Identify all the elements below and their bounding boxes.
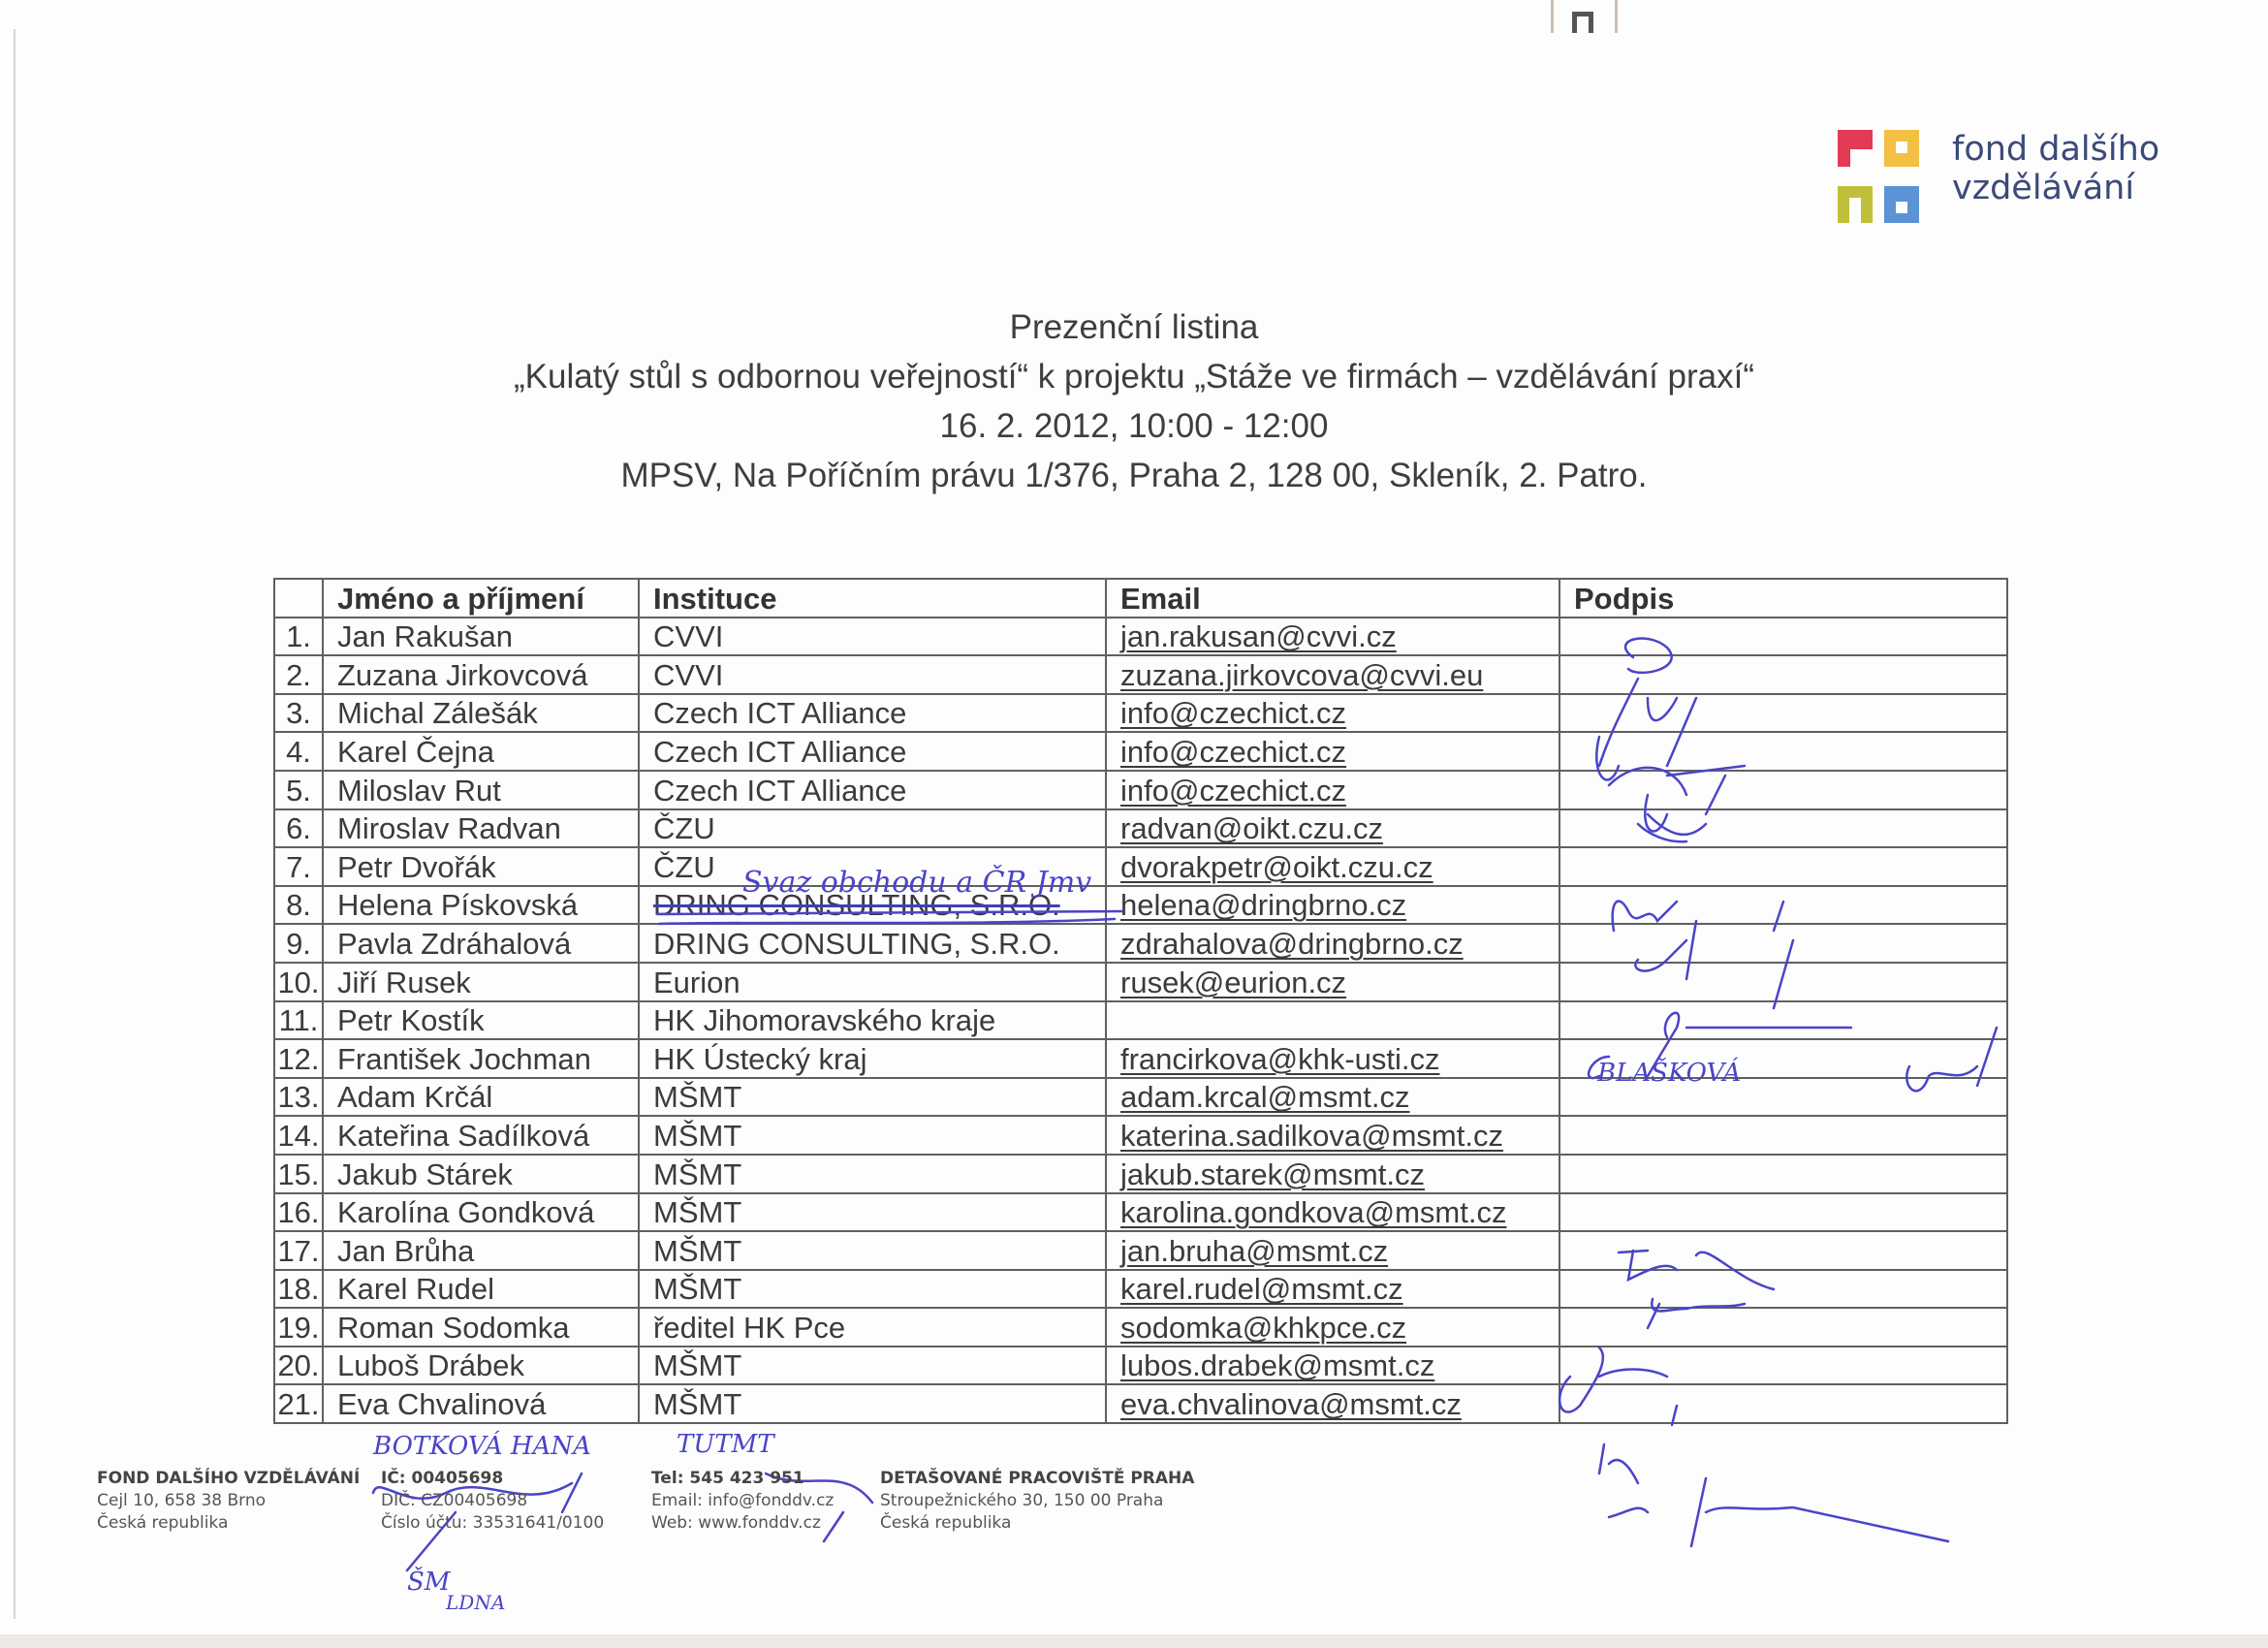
attendee-name: Jan Rakušan — [323, 618, 639, 656]
footer-contact: Tel: 545 423 951 Email: info@fonddv.cz W… — [651, 1468, 834, 1535]
signature-cell — [1559, 1384, 2007, 1423]
attendee-name: Adam Krčál — [323, 1078, 639, 1117]
footer-branch-name: DETAŠOVANÉ PRACOVIŠTĚ PRAHA — [880, 1468, 1194, 1490]
row-number: 17. — [274, 1231, 323, 1270]
row-number: 6. — [274, 809, 323, 848]
attendee-email: helena@dringbrno.cz — [1106, 886, 1559, 925]
email-link[interactable]: jakub.starek@msmt.cz — [1120, 1157, 1425, 1191]
attendee-name: Jiří Rusek — [323, 963, 639, 1001]
row-number-text: 19. — [277, 1311, 319, 1345]
footer-org-name: FOND DALŠÍHO VZDĚLÁVÁNÍ — [97, 1468, 360, 1490]
table-row: 12.František JochmanHK Ústecký krajfranc… — [274, 1039, 2007, 1078]
footer-web: Web: www.fonddv.cz — [651, 1512, 834, 1535]
row-number-text: 2. — [286, 658, 311, 692]
row-number: 10. — [274, 963, 323, 1001]
attendee-name: Kateřina Sadílková — [323, 1116, 639, 1155]
email-link[interactable]: helena@dringbrno.cz — [1120, 888, 1406, 922]
attendee-name: Luboš Drábek — [323, 1347, 639, 1385]
footer-branch-address: Stroupežnického 30, 150 00 Praha — [880, 1490, 1194, 1512]
email-link[interactable]: jan.bruha@msmt.cz — [1120, 1234, 1388, 1268]
attendee-email: zuzana.jirkovcova@cvvi.eu — [1106, 655, 1559, 694]
attendee-name-text: Luboš Drábek — [337, 1348, 524, 1382]
signature-cell — [1559, 694, 2007, 733]
attendee-institution: HK Jihomoravského kraje — [639, 1001, 1106, 1040]
table-row: 5.Miloslav RutCzech ICT Allianceinfo@cze… — [274, 771, 2007, 809]
attendee-institution: ředitel HK Pce — [639, 1308, 1106, 1347]
table-row: 1.Jan RakušanCVVIjan.rakusan@cvvi.cz — [274, 618, 2007, 656]
handwritten-note: LDNA — [445, 1591, 505, 1614]
event-datetime: 16. 2. 2012, 10:00 - 12:00 — [0, 401, 2268, 451]
attendee-email: jan.bruha@msmt.cz — [1106, 1231, 1559, 1270]
signature-cell — [1559, 1039, 2007, 1078]
email-link[interactable]: francirkova@khk-usti.cz — [1120, 1042, 1440, 1076]
attendee-email: karolina.gondkova@msmt.cz — [1106, 1193, 1559, 1232]
signature-cell — [1559, 886, 2007, 925]
signature-cell — [1559, 1078, 2007, 1117]
attendee-name: Miroslav Radvan — [323, 809, 639, 848]
attendee-name-text: Jan Brůha — [337, 1234, 474, 1268]
row-number-text: 17. — [277, 1234, 319, 1268]
attendee-email: info@czechict.cz — [1106, 771, 1559, 809]
table-row: 19.Roman Sodomkaředitel HK Pcesodomka@kh… — [274, 1308, 2007, 1347]
email-link[interactable]: sodomka@khkpce.cz — [1120, 1311, 1406, 1345]
attendee-institution-text: MŠMT — [653, 1387, 741, 1421]
attendee-name-text: Zuzana Jirkovcová — [337, 658, 587, 692]
row-number: 16. — [274, 1193, 323, 1232]
email-link[interactable]: info@czechict.cz — [1120, 774, 1346, 808]
row-number-text: 3. — [286, 696, 311, 730]
row-number: 8. — [274, 886, 323, 925]
attendee-name: Petr Kostík — [323, 1001, 639, 1040]
attendee-institution-text: MŠMT — [653, 1348, 741, 1382]
row-number: 13. — [274, 1078, 323, 1117]
attendee-institution-text: MŠMT — [653, 1195, 741, 1229]
row-number-text: 14. — [277, 1119, 319, 1153]
attendee-email: katerina.sadilkova@msmt.cz — [1106, 1116, 1559, 1155]
attendee-email: lubos.drabek@msmt.cz — [1106, 1347, 1559, 1385]
attendee-name: Jakub Stárek — [323, 1155, 639, 1193]
attendee-name: Zuzana Jirkovcová — [323, 655, 639, 694]
attendee-name-text: Jan Rakušan — [337, 619, 513, 653]
signature-cell — [1559, 1231, 2007, 1270]
attendee-email: adam.krcal@msmt.cz — [1106, 1078, 1559, 1117]
attendee-institution: MŠMT — [639, 1347, 1106, 1385]
row-number: 4. — [274, 732, 323, 771]
attendee-email: dvorakpetr@oikt.czu.cz — [1106, 847, 1559, 886]
row-number-text: 11. — [279, 1003, 319, 1037]
signature-cell — [1559, 655, 2007, 694]
attendee-institution-text: CVVI — [653, 619, 723, 653]
logo-line-1: fond dalšího — [1952, 130, 2159, 169]
col-header-signature: Podpis — [1559, 579, 2007, 618]
signature-cell — [1559, 1270, 2007, 1309]
attendee-name: Petr Dvořák — [323, 847, 639, 886]
signature-cell — [1559, 847, 2007, 886]
table-row: 10.Jiří RusekEurionrusek@eurion.cz — [274, 963, 2007, 1001]
attendee-institution: MŠMT — [639, 1155, 1106, 1193]
attendee-institution: HK Ústecký kraj — [639, 1039, 1106, 1078]
attendee-name-text: Jakub Stárek — [337, 1157, 513, 1191]
table-row: 3.Michal ZálešákCzech ICT Allianceinfo@c… — [274, 694, 2007, 733]
attendee-institution: MŠMT — [639, 1078, 1106, 1117]
attendee-name-text: Miroslav Radvan — [337, 811, 561, 845]
attendee-name-text: Karolína Gondková — [337, 1195, 594, 1229]
row-number-text: 6. — [286, 811, 311, 845]
attendee-name-text: Karel Čejna — [337, 735, 494, 769]
table-row: 7.Petr DvořákČZUdvorakpetr@oikt.czu.cz — [274, 847, 2007, 886]
email-link[interactable]: dvorakpetr@oikt.czu.cz — [1120, 850, 1433, 884]
attendee-email: radvan@oikt.czu.cz — [1106, 809, 1559, 848]
row-number: 12. — [274, 1039, 323, 1078]
table-row: 20.Luboš DrábekMŠMTlubos.drabek@msmt.cz — [274, 1347, 2007, 1385]
attendee-institution-text: MŠMT — [653, 1080, 741, 1114]
attendee-name-text: Karel Rudel — [337, 1272, 494, 1306]
email-link[interactable]: radvan@oikt.czu.cz — [1120, 811, 1383, 845]
footer-tel: Tel: 545 423 951 — [651, 1468, 834, 1490]
event-name: „Kulatý stůl s odbornou veřejností“ k pr… — [0, 352, 2268, 401]
document-heading: Prezenční listina „Kulatý stůl s odborno… — [0, 302, 2268, 500]
attendee-institution-text: CVVI — [653, 658, 723, 692]
attendee-email: karel.rudel@msmt.cz — [1106, 1270, 1559, 1309]
row-number-text: 7. — [286, 850, 311, 884]
attendee-name-text: Helena Pískovská — [337, 888, 578, 922]
attendee-institution: MŠMT — [639, 1116, 1106, 1155]
table-row: 17.Jan BrůhaMŠMTjan.bruha@msmt.cz — [274, 1231, 2007, 1270]
attendee-name-text: Jiří Rusek — [337, 966, 471, 999]
signature-cell — [1559, 1347, 2007, 1385]
row-number-text: 20. — [277, 1348, 319, 1382]
email-link[interactable]: jan.rakusan@cvvi.cz — [1120, 619, 1397, 653]
attendee-institution: MŠMT — [639, 1270, 1106, 1309]
row-number-text: 16. — [277, 1195, 319, 1229]
email-link[interactable]: eva.chvalinova@msmt.cz — [1120, 1387, 1462, 1421]
attendee-name-text: Miloslav Rut — [337, 774, 501, 808]
signature-cell — [1559, 809, 2007, 848]
email-link[interactable]: info@czechict.cz — [1120, 696, 1346, 730]
handwritten-institution: TUTMT — [677, 1430, 775, 1459]
email-link[interactable]: karel.rudel@msmt.cz — [1120, 1272, 1403, 1306]
row-number: 5. — [274, 771, 323, 809]
attendee-institution-text: Czech ICT Alliance — [653, 696, 906, 730]
logo-text: fond dalšího vzdělávání — [1952, 130, 2159, 207]
attendee-name: Roman Sodomka — [323, 1308, 639, 1347]
attendee-institution: DRING CONSULTING, S.R.O. — [639, 886, 1106, 925]
attendee-institution-text: ředitel HK Pce — [653, 1311, 845, 1345]
attendee-institution-text: Czech ICT Alliance — [653, 774, 906, 808]
email-link[interactable]: rusek@eurion.cz — [1120, 966, 1346, 999]
attendee-institution-text: DRING CONSULTING, S.R.O. — [653, 927, 1060, 961]
attendee-name-text: František Jochman — [337, 1042, 591, 1076]
attendee-institution: MŠMT — [639, 1231, 1106, 1270]
footer-account: Číslo účtu: 33531641/0100 — [381, 1512, 604, 1535]
attendee-name: Miloslav Rut — [323, 771, 639, 809]
footer-org-address: Cejl 10, 658 38 Brno — [97, 1490, 360, 1512]
attendee-name-text: Petr Dvořák — [337, 850, 496, 884]
table-row: 11.Petr KostíkHK Jihomoravského kraje — [274, 1001, 2007, 1040]
row-number: 14. — [274, 1116, 323, 1155]
attendee-name: Karel Rudel — [323, 1270, 639, 1309]
attendee-email — [1106, 1001, 1559, 1040]
col-header-number — [274, 579, 323, 618]
row-number: 18. — [274, 1270, 323, 1309]
attendee-email: sodomka@khkpce.cz — [1106, 1308, 1559, 1347]
table-row: 2.Zuzana JirkovcováCVVIzuzana.jirkovcova… — [274, 655, 2007, 694]
row-number-text: 13. — [277, 1080, 319, 1114]
col-header-email: Email — [1106, 579, 1559, 618]
attendee-name: Eva Chvalinová — [323, 1384, 639, 1423]
attendee-name: Pavla Zdráhalová — [323, 924, 639, 963]
row-number: 11. — [274, 1001, 323, 1040]
attendee-name-text: Michal Zálešák — [337, 696, 538, 730]
footer-ids: IČ: 00405698 DIČ: CZ00405698 Číslo účtu:… — [381, 1468, 604, 1535]
email-link[interactable]: zuzana.jirkovcova@cvvi.eu — [1120, 658, 1483, 692]
row-number-text: 15. — [277, 1157, 319, 1191]
fond-logo-mark-icon — [1838, 130, 1921, 223]
attendee-institution: Czech ICT Alliance — [639, 771, 1106, 809]
col-header-name: Jméno a příjmení — [323, 579, 639, 618]
email-link[interactable]: lubos.drabek@msmt.cz — [1120, 1348, 1434, 1382]
row-number-text: 8. — [286, 888, 311, 922]
row-number: 20. — [274, 1347, 323, 1385]
signature-cell — [1559, 732, 2007, 771]
row-number-text: 1. — [286, 619, 311, 653]
footer-ico: IČ: 00405698 — [381, 1468, 604, 1490]
signature-cell — [1559, 1308, 2007, 1347]
attendee-institution-text: MŠMT — [653, 1234, 741, 1268]
row-number: 21. — [274, 1384, 323, 1423]
signature-cell — [1559, 963, 2007, 1001]
attendee-institution: CVVI — [639, 655, 1106, 694]
table-row: 16.Karolína GondkováMŠMTkarolina.gondkov… — [274, 1193, 2007, 1232]
email-link[interactable]: info@czechict.cz — [1120, 735, 1346, 769]
table-row: 6.Miroslav RadvanČZUradvan@oikt.czu.cz — [274, 809, 2007, 848]
col-header-institution: Instituce — [639, 579, 1106, 618]
footer-org-country: Česká republika — [97, 1512, 360, 1535]
attendee-institution-text: MŠMT — [653, 1157, 741, 1191]
attendee-email: jan.rakusan@cvvi.cz — [1106, 618, 1559, 656]
email-link[interactable]: katerina.sadilkova@msmt.cz — [1120, 1119, 1503, 1153]
signature-cell — [1559, 1193, 2007, 1232]
row-number-text: 10. — [277, 966, 319, 999]
attendee-institution-text: ČZU — [653, 811, 715, 845]
row-number-text: 21. — [277, 1387, 319, 1421]
table-row: 9.Pavla ZdráhalováDRING CONSULTING, S.R.… — [274, 924, 2007, 963]
row-number: 19. — [274, 1308, 323, 1347]
attendee-name-text: Roman Sodomka — [337, 1311, 570, 1345]
row-number-text: 9. — [286, 927, 311, 961]
table-header-row: Jméno a příjmení Instituce Email Podpis — [274, 579, 2007, 618]
document-title: Prezenční listina — [0, 302, 2268, 352]
attendee-institution: CVVI — [639, 618, 1106, 656]
handwritten-initials: ŠM — [407, 1566, 452, 1597]
attendee-institution-text: ČZU — [653, 850, 715, 884]
row-number-text: 12. — [277, 1042, 319, 1076]
row-number: 7. — [274, 847, 323, 886]
table-row: 18.Karel RudelMŠMTkarel.rudel@msmt.cz — [274, 1270, 2007, 1309]
attendee-email: rusek@eurion.cz — [1106, 963, 1559, 1001]
attendee-name: Karolína Gondková — [323, 1193, 639, 1232]
attendee-name-text: Adam Krčál — [337, 1080, 492, 1114]
email-link[interactable]: karolina.gondkova@msmt.cz — [1120, 1195, 1506, 1229]
attendee-email: info@czechict.cz — [1106, 732, 1559, 771]
signature-cell — [1559, 1116, 2007, 1155]
binder-clip-icon — [1551, 0, 1619, 35]
row-number: 9. — [274, 924, 323, 963]
attendee-email: eva.chvalinova@msmt.cz — [1106, 1384, 1559, 1423]
attendee-email: jakub.starek@msmt.cz — [1106, 1155, 1559, 1193]
attendee-institution-text: Czech ICT Alliance — [653, 735, 906, 769]
row-number-text: 5. — [286, 774, 311, 808]
attendee-institution: Eurion — [639, 963, 1106, 1001]
attendee-name: Jan Brůha — [323, 1231, 639, 1270]
attendee-name: František Jochman — [323, 1039, 639, 1078]
table-row: 4.Karel ČejnaCzech ICT Allianceinfo@czec… — [274, 732, 2007, 771]
table-row: 13.Adam KrčálMŠMTadam.krcal@msmt.cz — [274, 1078, 2007, 1117]
attendee-name: Michal Zálešák — [323, 694, 639, 733]
attendee-institution-text: HK Jihomoravského kraje — [653, 1003, 995, 1037]
attendee-institution: DRING CONSULTING, S.R.O. — [639, 924, 1106, 963]
signature-cell — [1559, 1001, 2007, 1040]
logo-line-2: vzdělávání — [1952, 169, 2159, 207]
handwritten-name-1: BOTKOVÁ HANA — [372, 1430, 591, 1461]
attendee-institution: ČZU — [639, 847, 1106, 886]
signature-cell — [1559, 1155, 2007, 1193]
event-location: MPSV, Na Poříčním právu 1/376, Praha 2, … — [0, 451, 2268, 500]
attendee-email: info@czechict.cz — [1106, 694, 1559, 733]
attendee-institution-text: MŠMT — [653, 1119, 741, 1153]
attendee-institution: Czech ICT Alliance — [639, 732, 1106, 771]
scan-bottom-edge — [0, 1634, 2268, 1648]
attendee-institution-text: DRING CONSULTING, S.R.O. — [653, 888, 1060, 922]
signature-cell — [1559, 771, 2007, 809]
scan-edge — [14, 29, 16, 1619]
row-number: 2. — [274, 655, 323, 694]
signature-cell — [1559, 618, 2007, 656]
attendance-table: Jméno a příjmení Instituce Email Podpis … — [273, 578, 2008, 1424]
row-number-text: 18. — [277, 1272, 319, 1306]
row-number: 3. — [274, 694, 323, 733]
attendee-name-text: Petr Kostík — [337, 1003, 485, 1037]
footer-dic: DIČ: CZ00405698 — [381, 1490, 604, 1512]
attendee-institution-text: MŠMT — [653, 1272, 741, 1306]
attendee-institution: Czech ICT Alliance — [639, 694, 1106, 733]
attendee-name-text: Pavla Zdráhalová — [337, 927, 571, 961]
table-row: 14.Kateřina SadílkováMŠMTkaterina.sadilk… — [274, 1116, 2007, 1155]
table-row: 21.Eva ChvalinováMŠMTeva.chvalinova@msmt… — [274, 1384, 2007, 1423]
row-number: 15. — [274, 1155, 323, 1193]
table-row: 15.Jakub StárekMŠMTjakub.starek@msmt.cz — [274, 1155, 2007, 1193]
email-link[interactable]: zdrahalova@dringbrno.cz — [1120, 927, 1464, 961]
row-number-text: 4. — [286, 735, 311, 769]
attendee-institution: MŠMT — [639, 1193, 1106, 1232]
attendee-name: Helena Pískovská — [323, 886, 639, 925]
footer-org: FOND DALŠÍHO VZDĚLÁVÁNÍ Cejl 10, 658 38 … — [97, 1468, 360, 1535]
attendee-email: francirkova@khk-usti.cz — [1106, 1039, 1559, 1078]
attendee-institution-text: HK Ústecký kraj — [653, 1042, 866, 1076]
signature-cell — [1559, 924, 2007, 963]
footer-email: Email: info@fonddv.cz — [651, 1490, 834, 1512]
attendee-name: Karel Čejna — [323, 732, 639, 771]
attendee-name-text: Eva Chvalinová — [337, 1387, 546, 1421]
attendee-email: zdrahalova@dringbrno.cz — [1106, 924, 1559, 963]
table-row: 8.Helena PískovskáDRING CONSULTING, S.R.… — [274, 886, 2007, 925]
email-link[interactable]: adam.krcal@msmt.cz — [1120, 1080, 1409, 1114]
attendee-name-text: Kateřina Sadílková — [337, 1119, 589, 1153]
row-number: 1. — [274, 618, 323, 656]
footer-branch-country: Česká republika — [880, 1512, 1194, 1535]
attendee-institution: MŠMT — [639, 1384, 1106, 1423]
footer-branch: DETAŠOVANÉ PRACOVIŠTĚ PRAHA Stroupežnick… — [880, 1468, 1194, 1535]
attendee-institution: ČZU — [639, 809, 1106, 848]
attendee-institution-text: Eurion — [653, 966, 740, 999]
